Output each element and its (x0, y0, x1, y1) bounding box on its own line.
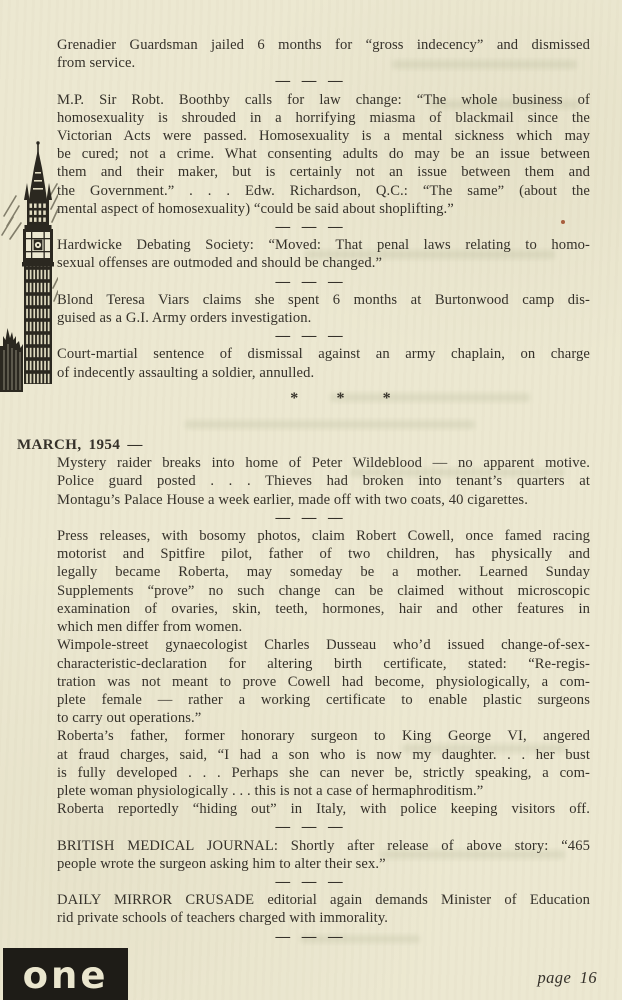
news-item-last-line: sexual offenses are outmoded and should … (57, 254, 590, 272)
news-item-body: Roberta reportedly “hiding out” in Italy… (57, 800, 590, 818)
news-item-last-line: from service. (57, 54, 590, 72)
news-item-body: Hardwicke Debating Society: “Moved: That… (57, 236, 590, 254)
section-divider: — — — (57, 218, 590, 236)
news-item-cowell-press: Press releases, with bosomy photos, clai… (57, 527, 590, 636)
news-item-last-line: which men differ from women. (57, 618, 590, 636)
news-item-body: Mystery raider breaks into home of Peter… (57, 454, 590, 490)
text-column: Grenadier Guardsman jailed 6 months for … (57, 36, 590, 946)
news-item-roberta-father: Roberta’s father, former honorary surgeo… (57, 727, 590, 800)
news-item-last-line: mental aspect of homosexuality) “could b… (57, 200, 590, 218)
news-item-wildeblood: Mystery raider breaks into home of Peter… (57, 454, 590, 509)
news-item-body: DAILY MIRROR CRUSADE editorial again dem… (57, 891, 590, 909)
news-item-bmj: BRITISH MEDICAL JOURNAL: Shortly after r… (57, 837, 590, 873)
section-divider: — — — (57, 928, 590, 946)
month-heading: MARCH, 1954 — (17, 436, 590, 454)
news-item-last-line: plete woman physiologically . . . this i… (57, 782, 590, 800)
section-divider: — — — (57, 327, 590, 345)
news-item-body: Grenadier Guardsman jailed 6 months for … (57, 36, 590, 54)
one-magazine-logo-text: one (3, 948, 128, 1000)
magazine-page: Grenadier Guardsman jailed 6 months for … (0, 0, 622, 1000)
news-item-body: Wimpole-street gynaecologist Charles Dus… (57, 636, 590, 709)
news-item-last-line: guised as a G.I. Army orders investigati… (57, 309, 590, 327)
news-item-grenadier: Grenadier Guardsman jailed 6 months for … (57, 36, 590, 72)
news-item-last-line: Montagu’s Palace House a week earlier, m… (57, 491, 590, 509)
news-item-court-martial: Court-martial sentence of dismissal agai… (57, 345, 590, 381)
news-item-last-line: of indecently assaulting a soldier, annu… (57, 364, 590, 382)
news-item-daily-mirror: DAILY MIRROR CRUSADE editorial again dem… (57, 891, 590, 927)
big-ben-illustration (0, 138, 58, 392)
section-divider: — — — (57, 273, 590, 291)
news-item-body: Blond Teresa Viars claims she spent 6 mo… (57, 291, 590, 309)
news-item-last-line: to carry out operations.” (57, 709, 590, 727)
news-item-boothby: M.P. Sir Robt. Boothby calls for law cha… (57, 91, 590, 218)
news-item-body: Press releases, with bosomy photos, clai… (57, 527, 590, 618)
news-item-teresa-viars: Blond Teresa Viars claims she spent 6 mo… (57, 291, 590, 327)
section-divider: — — — (57, 818, 590, 836)
one-magazine-logo: one (3, 948, 128, 1000)
news-item-body: Roberta’s father, former honorary surgeo… (57, 727, 590, 782)
news-item-last-line: rid private schools of teachers charged … (57, 909, 590, 927)
news-item-body: M.P. Sir Robt. Boothby calls for law cha… (57, 91, 590, 200)
news-item-body: Court-martial sentence of dismissal agai… (57, 345, 590, 363)
page-number: page 16 (538, 968, 598, 988)
section-divider: — — — (57, 873, 590, 891)
news-item-roberta-italy: Roberta reportedly “hiding out” in Italy… (57, 800, 590, 818)
news-item-last-line: people wrote the surgeon asking him to a… (57, 855, 590, 873)
news-item-body: BRITISH MEDICAL JOURNAL: Shortly after r… (57, 837, 590, 855)
section-divider: — — — (57, 72, 590, 90)
news-item-hardwicke: Hardwicke Debating Society: “Moved: That… (57, 236, 590, 272)
section-divider: — — — (57, 509, 590, 527)
news-item-wimpole-street: Wimpole-street gynaecologist Charles Dus… (57, 636, 590, 727)
asterisk-separator: * * * (57, 390, 590, 408)
